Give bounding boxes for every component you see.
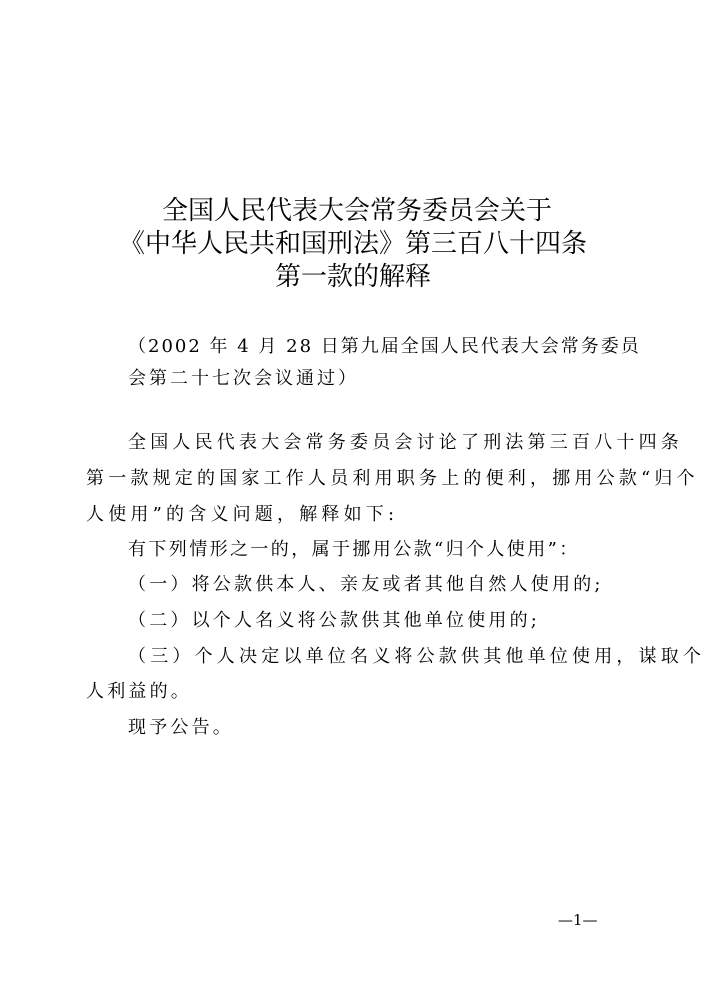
body-line-8: 人利益的。: [86, 680, 192, 704]
body-line-9: 现予公告。: [128, 716, 234, 740]
document-title-line-2: 《中华人民共和国刑法》第三百八十四条: [0, 227, 706, 261]
body-line-1: 全国人民代表大会常务委员会讨论了刑法第三百八十四条: [128, 431, 683, 455]
document-title-line-3: 第一款的解释: [0, 260, 706, 294]
body-line-3: 人使用”的含义问题，解释如下:: [86, 503, 398, 527]
document-title-line-1: 全国人民代表大会常务委员会关于: [4, 194, 706, 228]
body-line-2: 第一款规定的国家工作人员利用职务上的便利，挪用公款“归个: [86, 467, 699, 491]
page-number: —1—: [558, 910, 598, 930]
body-line-4: 有下列情形之一的，属于挪用公款“归个人使用”：: [128, 538, 580, 562]
adoption-note-line-1: （2002 年 4 月 28 日第九届全国人民代表大会常务委员: [128, 335, 641, 359]
adoption-note-line-2: 会第二十七次会议通过）: [128, 367, 359, 391]
body-line-7: （三）个人决定以单位名义将公款供其他单位使用，谋取个: [128, 645, 705, 669]
body-line-6: （二）以个人名义将公款供其他单位使用的;: [128, 609, 540, 633]
document-page: 全国人民代表大会常务委员会关于 《中华人民共和国刑法》第三百八十四条 第一款的解…: [0, 0, 706, 999]
body-line-5: （一）将公款供本人、亲友或者其他自然人使用的;: [128, 573, 604, 597]
